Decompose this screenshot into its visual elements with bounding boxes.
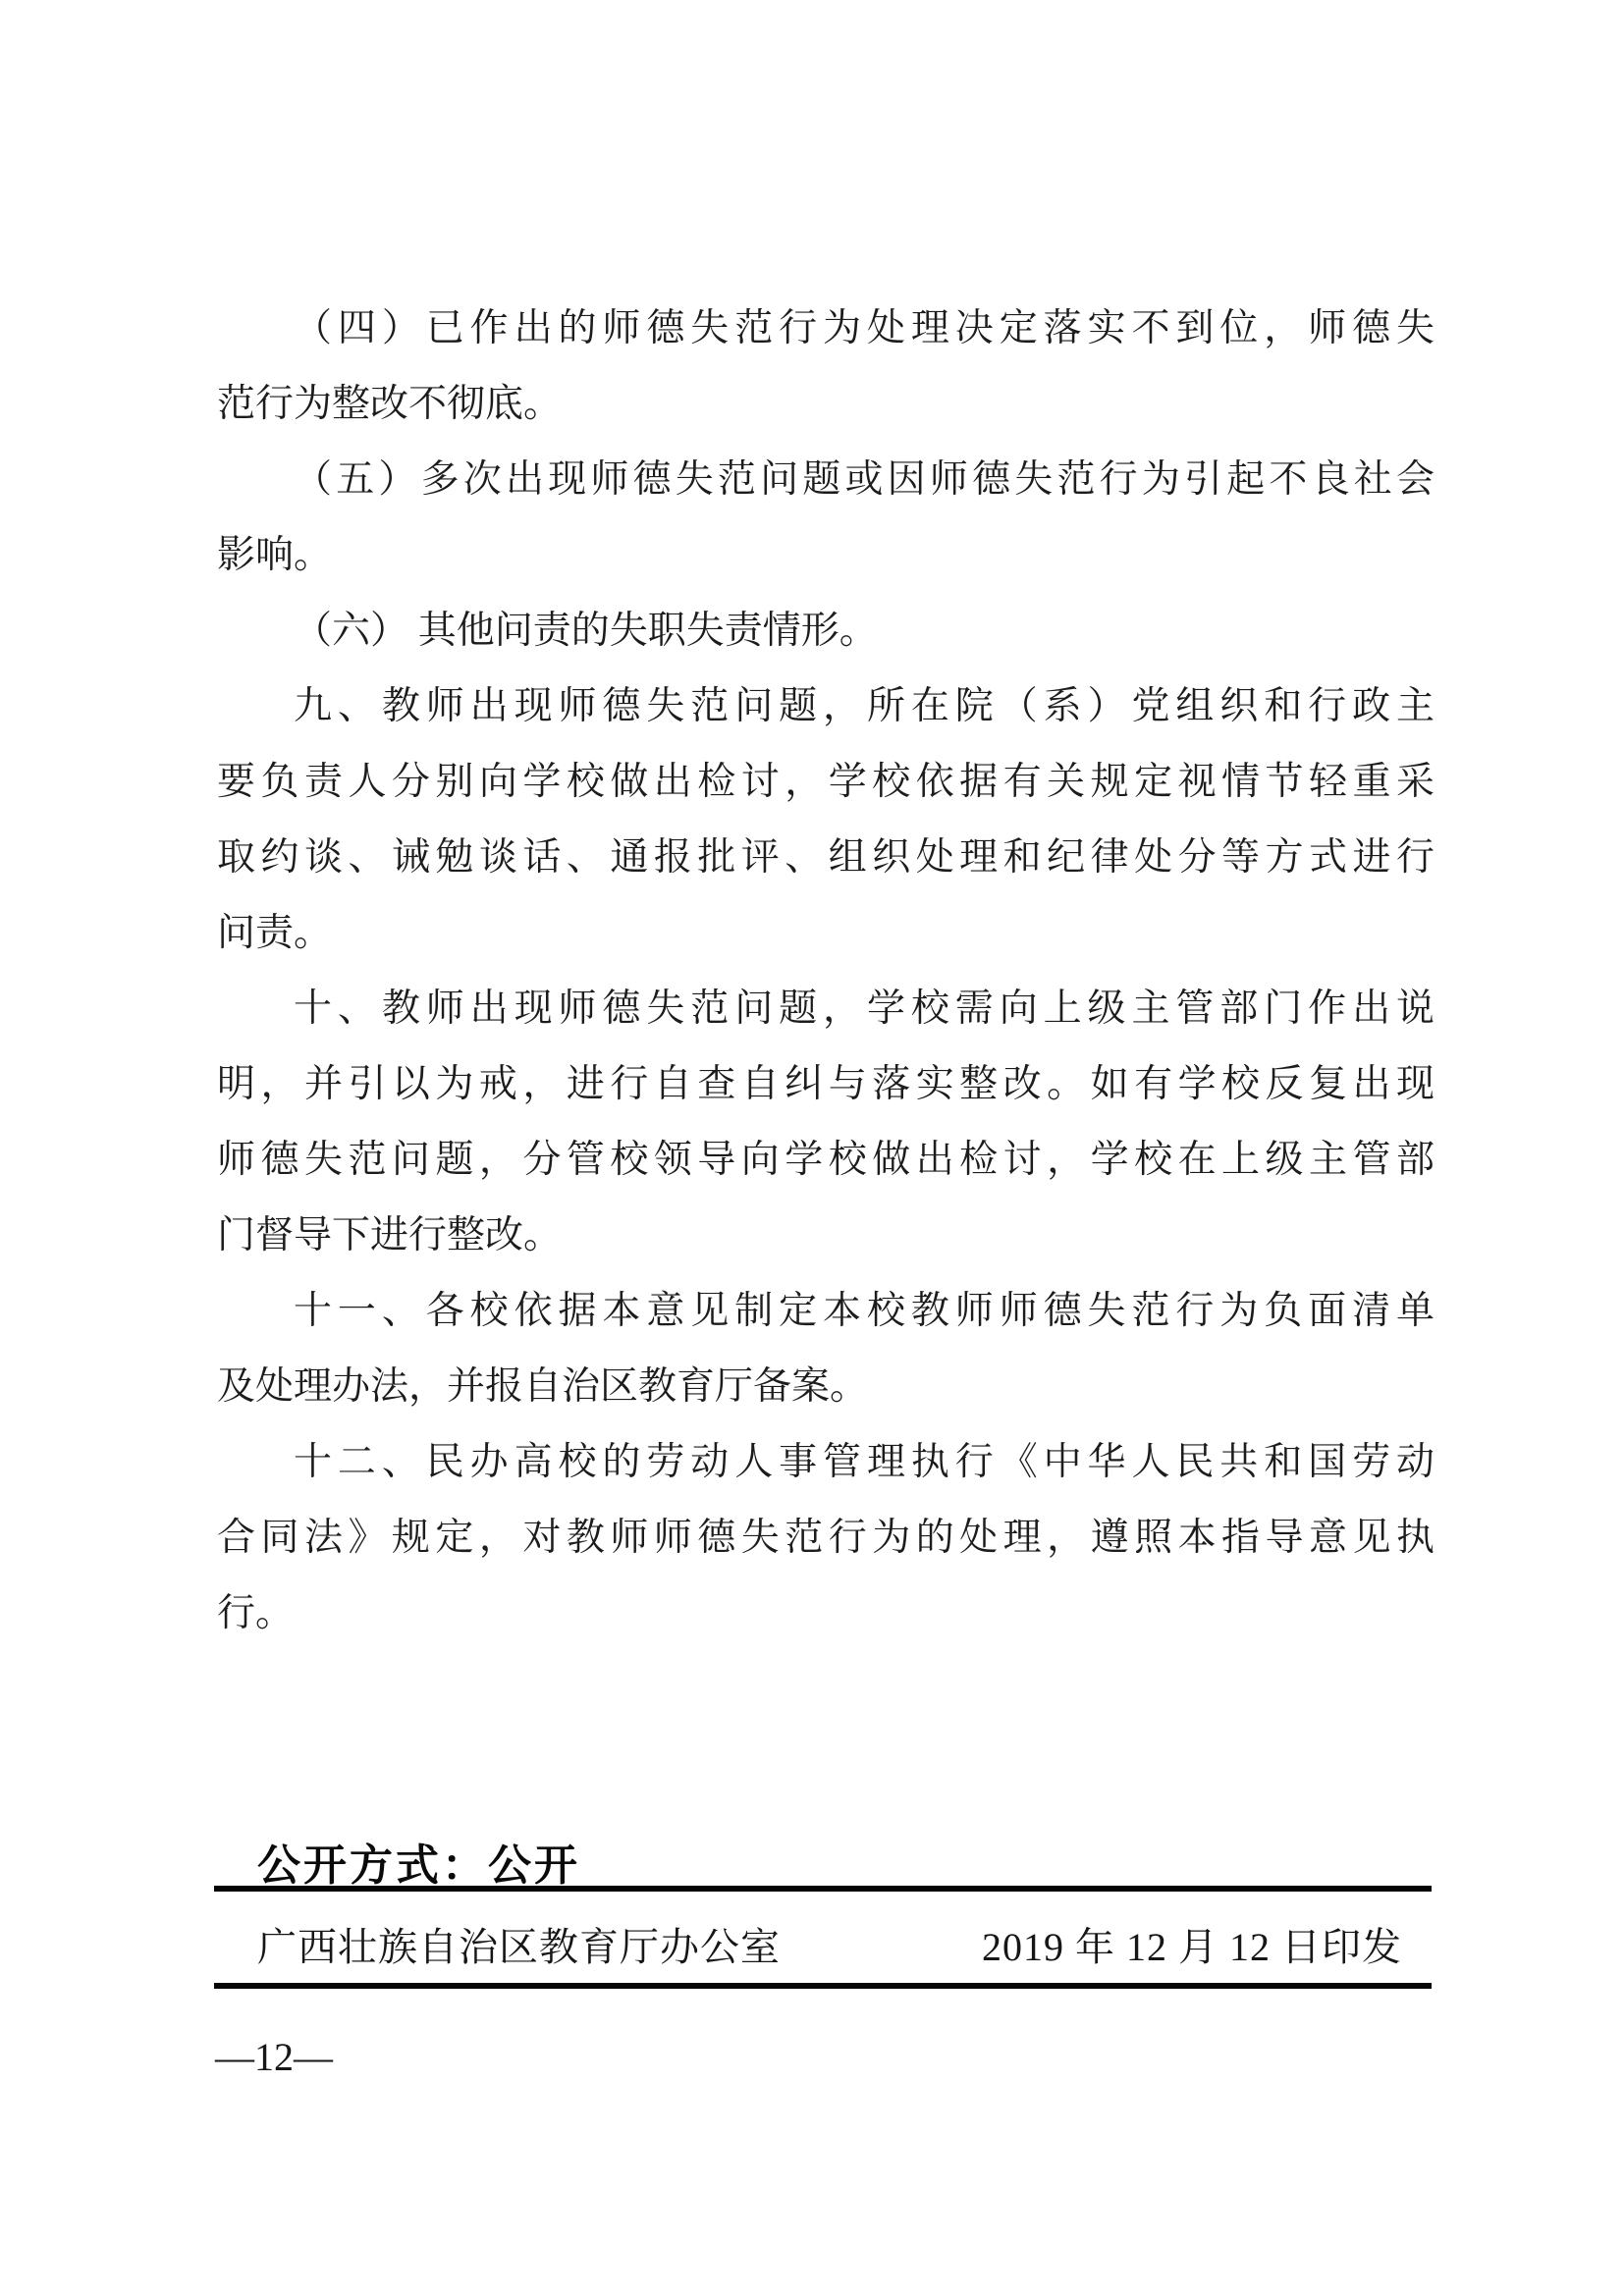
text-line: 要负责人分别向学校做出检讨，学校依据有关规定视情节轻重采 xyxy=(217,744,1435,820)
text-line: （四）已作出的师德失范行为处理决定落实不到位，师德失 xyxy=(217,291,1435,366)
issuing-office: 广西壮族自治区教育厅办公室 xyxy=(257,1916,781,1972)
text-line: 问责。 xyxy=(217,895,1435,971)
text-line: 十一、各校依据本意见制定本校教师师德失范行为负面清单 xyxy=(217,1273,1435,1349)
text-line: 门督导下进行整改。 xyxy=(217,1198,1435,1273)
document-body: （四）已作出的师德失范行为处理决定落实不到位，师德失 范行为整改不彻底。 （五）… xyxy=(217,291,1435,1651)
text-line: 明，并引以为戒，进行自查自纠与落实整改。如有学校反复出现 xyxy=(217,1046,1435,1122)
text-line: 九、教师出现师德失范问题，所在院（系）党组织和行政主 xyxy=(217,668,1435,744)
page-number: —12— xyxy=(215,2034,333,2080)
document-page: （四）已作出的师德失范行为处理决定落实不到位，师德失 范行为整改不彻底。 （五）… xyxy=(0,0,1624,2296)
footer-separator-bottom xyxy=(214,1983,1432,1989)
footer-issuer-row: 广西壮族自治区教育厅办公室 2019 年 12 月 12 日印发 xyxy=(214,1911,1432,1976)
footer-separator-top xyxy=(214,1886,1432,1892)
disclosure-label: 公开方式：公开 xyxy=(257,1830,580,1893)
text-line: 十、教师出现师德失范问题，学校需向上级主管部门作出说 xyxy=(217,971,1435,1046)
text-line: （六） 其他问责的失职失责情形。 xyxy=(217,593,1435,668)
text-line: 十二、民办高校的劳动人事管理执行《中华人民共和国劳动 xyxy=(217,1424,1435,1500)
text-line: （五）多次出现师德失范问题或因师德失范行为引起不良社会 xyxy=(217,442,1435,517)
text-line: 及处理办法，并报自治区教育厅备案。 xyxy=(217,1349,1435,1424)
text-line: 范行为整改不彻底。 xyxy=(217,366,1435,442)
text-line: 行。 xyxy=(217,1575,1435,1651)
text-line: 师德失范问题，分管校领导向学校做出检讨，学校在上级主管部 xyxy=(217,1122,1435,1198)
text-line: 影响。 xyxy=(217,517,1435,593)
print-date: 2019 年 12 月 12 日印发 xyxy=(982,1916,1402,1972)
text-line: 合同法》规定，对教师师德失范行为的处理，遵照本指导意见执 xyxy=(217,1500,1435,1575)
text-line: 取约谈、诫勉谈话、通报批评、组织处理和纪律处分等方式进行 xyxy=(217,820,1435,895)
